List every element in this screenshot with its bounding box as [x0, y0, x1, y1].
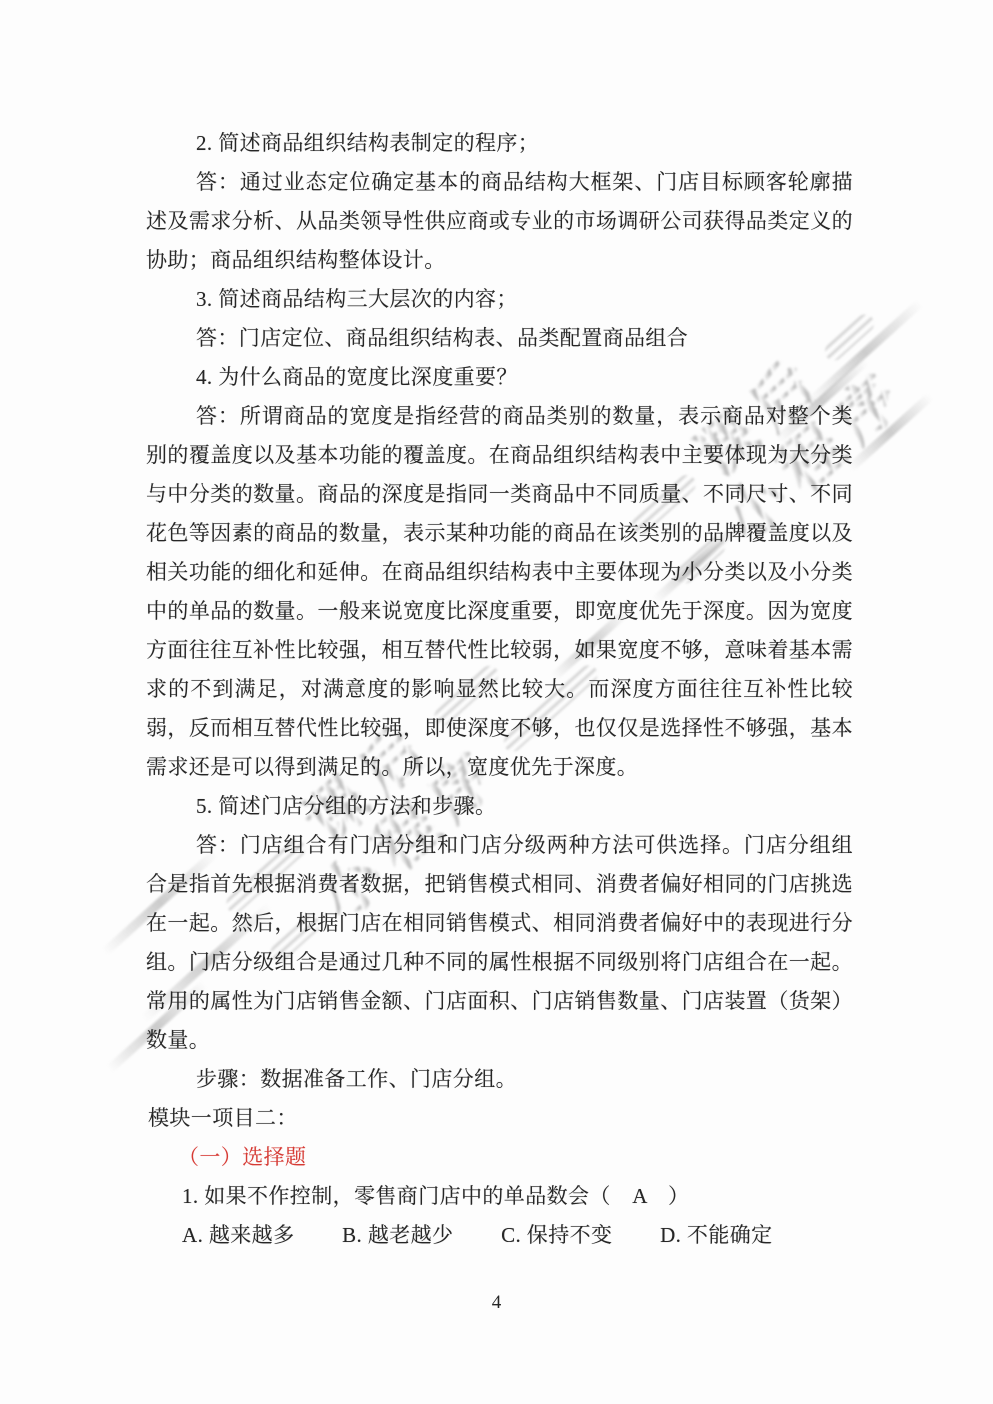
option-c: C. 保持不变 — [501, 1216, 612, 1255]
question-2: 2. 简述商品组织结构表制定的程序； — [146, 124, 853, 163]
steps-line: 步骤：数据准备工作、门店分组。 — [146, 1060, 853, 1099]
question-5: 5. 简述门店分组的方法和步骤。 — [146, 787, 853, 826]
document-page: 课后 小程序 课后 小程序 2. 简述商品组织结构表制定的程序； 答：通过业态定… — [0, 0, 993, 1404]
question-3: 3. 简述商品结构三大层次的内容； — [146, 280, 853, 319]
answer-2: 答：通过业态定位确定基本的商品结构大框架、门店目标顾客轮廓描述及需求分析、从品类… — [146, 163, 853, 280]
section-heading-multiple-choice: （一）选择题 — [146, 1138, 853, 1177]
option-a: A. 越来越多 — [182, 1216, 294, 1255]
document-content: 2. 简述商品组织结构表制定的程序； 答：通过业态定位确定基本的商品结构大框架、… — [146, 124, 853, 1255]
answer-5: 答：门店组合有门店分组和门店分级两种方法可供选择。门店分组组合是指首先根据消费者… — [146, 826, 853, 1060]
choice-options-row: A. 越来越多 B. 越老越少 C. 保持不变 D. 不能确定 — [146, 1216, 853, 1255]
option-b: B. 越老越少 — [342, 1216, 453, 1255]
question-4: 4. 为什么商品的宽度比深度重要？ — [146, 358, 853, 397]
answer-4: 答：所谓商品的宽度是指经营的商品类别的数量，表示商品对整个类别的覆盖度以及基本功… — [146, 397, 853, 787]
answer-3: 答：门店定位、商品组织结构表、品类配置商品组合 — [146, 319, 853, 358]
module-heading: 模块一项目二： — [146, 1099, 853, 1138]
option-d: D. 不能确定 — [660, 1216, 772, 1255]
page-number: 4 — [0, 1292, 993, 1314]
choice-question-1: 1. 如果不作控制，零售商门店中的单品数会（ A ） — [146, 1177, 853, 1216]
